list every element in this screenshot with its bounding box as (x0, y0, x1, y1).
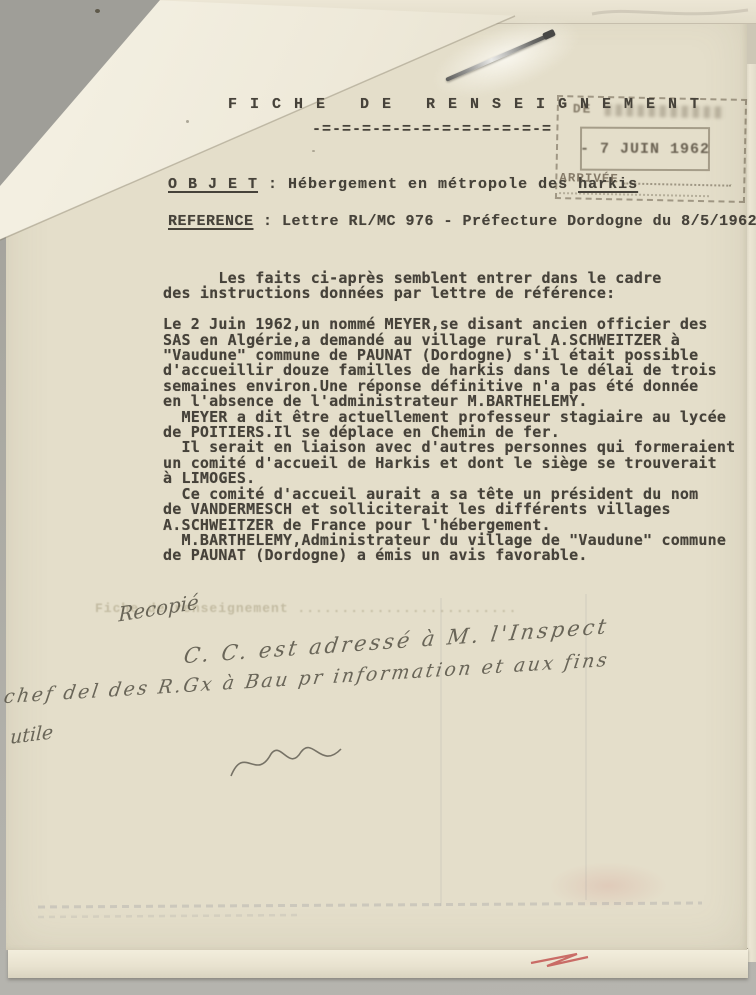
reference-line: REFERENCE : Lettre RL/MC 976 - Préfectur… (168, 213, 756, 230)
title-underline: -=-=-=-=-=-=-=-=-=-=-=-= (312, 121, 552, 138)
objet-value-underlined: harkis (578, 176, 638, 193)
stamp-date: - 7 JUIN 1962 (580, 140, 710, 157)
body-text: Les faits ci-après semblent entrer dans … (163, 271, 735, 564)
stamp-dotted-line (623, 182, 731, 186)
paper-speck (312, 150, 315, 152)
paper-speck (95, 9, 100, 13)
stamp-date-box: - 7 JUIN 1962 (580, 127, 710, 171)
objet-line: O B J E T : Hébergement en métropole des… (168, 176, 638, 193)
archive-photo: F I C H E D E R E N S E I G N E M E N T … (0, 0, 756, 995)
objet-separator: : (258, 176, 288, 193)
reference-label: REFERENCE (168, 213, 254, 230)
objet-label: O B J E T (168, 176, 258, 193)
under-sheet-bottom-edge (8, 948, 748, 978)
stamp-show-through-smudge (548, 862, 668, 910)
objet-value: Hébergement en métropole des (288, 176, 578, 193)
reference-value: Lettre RL/MC 976 - Préfecture Dordogne d… (282, 213, 756, 230)
reference-separator: : (254, 213, 283, 230)
paper-speck (186, 120, 189, 123)
